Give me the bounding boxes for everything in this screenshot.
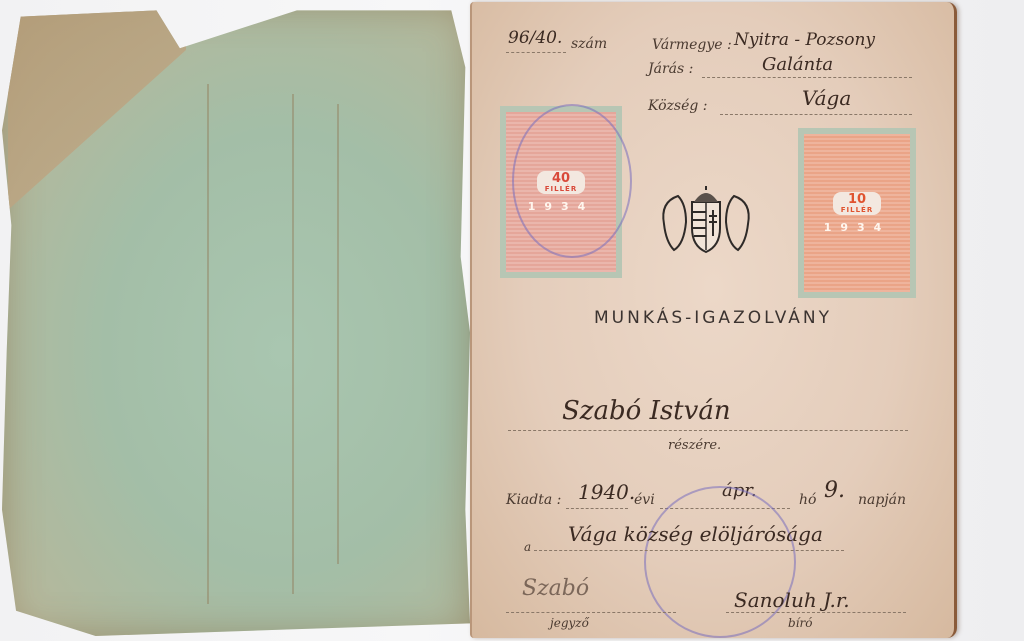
year-line <box>566 508 628 509</box>
cover-crease <box>207 84 209 604</box>
varmegye-value: Nyitra - Pozsony <box>734 30 875 50</box>
year-label: évi <box>634 492 655 508</box>
official-round-seal <box>644 486 796 638</box>
cover-crease <box>337 104 339 564</box>
kozseg-line <box>720 114 912 115</box>
jaras-label: Járás : <box>648 61 693 77</box>
cover-crease <box>292 94 294 594</box>
stamp-value-box: 10 FILLÉR <box>833 192 881 215</box>
issuer-prefix: a <box>524 540 531 554</box>
holder-label: részére. <box>668 438 721 453</box>
signature-right: Sanoluh J.r. <box>734 588 850 612</box>
issuer-value: Vága község elöljárósága <box>568 522 823 546</box>
issued-day: 9. <box>824 478 845 503</box>
jaras-value: Galánta <box>762 54 833 75</box>
issued-prefix: Kiadta : <box>506 492 561 508</box>
issued-year: 1940. <box>578 480 635 504</box>
jaras-line <box>702 77 912 78</box>
number-label: szám <box>571 36 607 52</box>
varmegye-label: Vármegye : <box>652 37 732 53</box>
day-label: napján <box>858 492 906 508</box>
signature-left-label: jegyző <box>550 616 589 630</box>
month-label: hó <box>799 492 816 508</box>
revenue-stamp-10: 10 FILLÉR 1934 <box>798 128 916 298</box>
issuer-line <box>534 550 844 551</box>
document-title: MUNKÁS-IGAZOLVÁNY <box>472 308 954 328</box>
holder-name: Szabó István <box>562 396 731 426</box>
signature-left-line <box>506 612 676 613</box>
signature-right-line <box>726 612 906 613</box>
holder-line <box>508 430 908 431</box>
cover-torn-corner <box>8 10 186 210</box>
number-line <box>506 52 566 53</box>
hungarian-coat-of-arms-icon <box>656 184 756 256</box>
signature-right-label: bíró <box>788 616 812 630</box>
seal-stamp-ink <box>512 104 632 258</box>
stamp-value: 10 <box>848 192 866 207</box>
stamp-year: 1934 <box>824 221 891 234</box>
signature-left: Szabó <box>522 576 589 601</box>
id-document-page: 96/40. szám Vármegye : Nyitra - Pozsony … <box>470 2 957 638</box>
kozseg-value: Vága <box>802 86 851 110</box>
document-number: 96/40. <box>508 28 562 48</box>
booklet-cover <box>2 4 470 636</box>
kozseg-label: Község : <box>648 98 708 114</box>
stamp-unit: FILLÉR <box>841 207 873 214</box>
